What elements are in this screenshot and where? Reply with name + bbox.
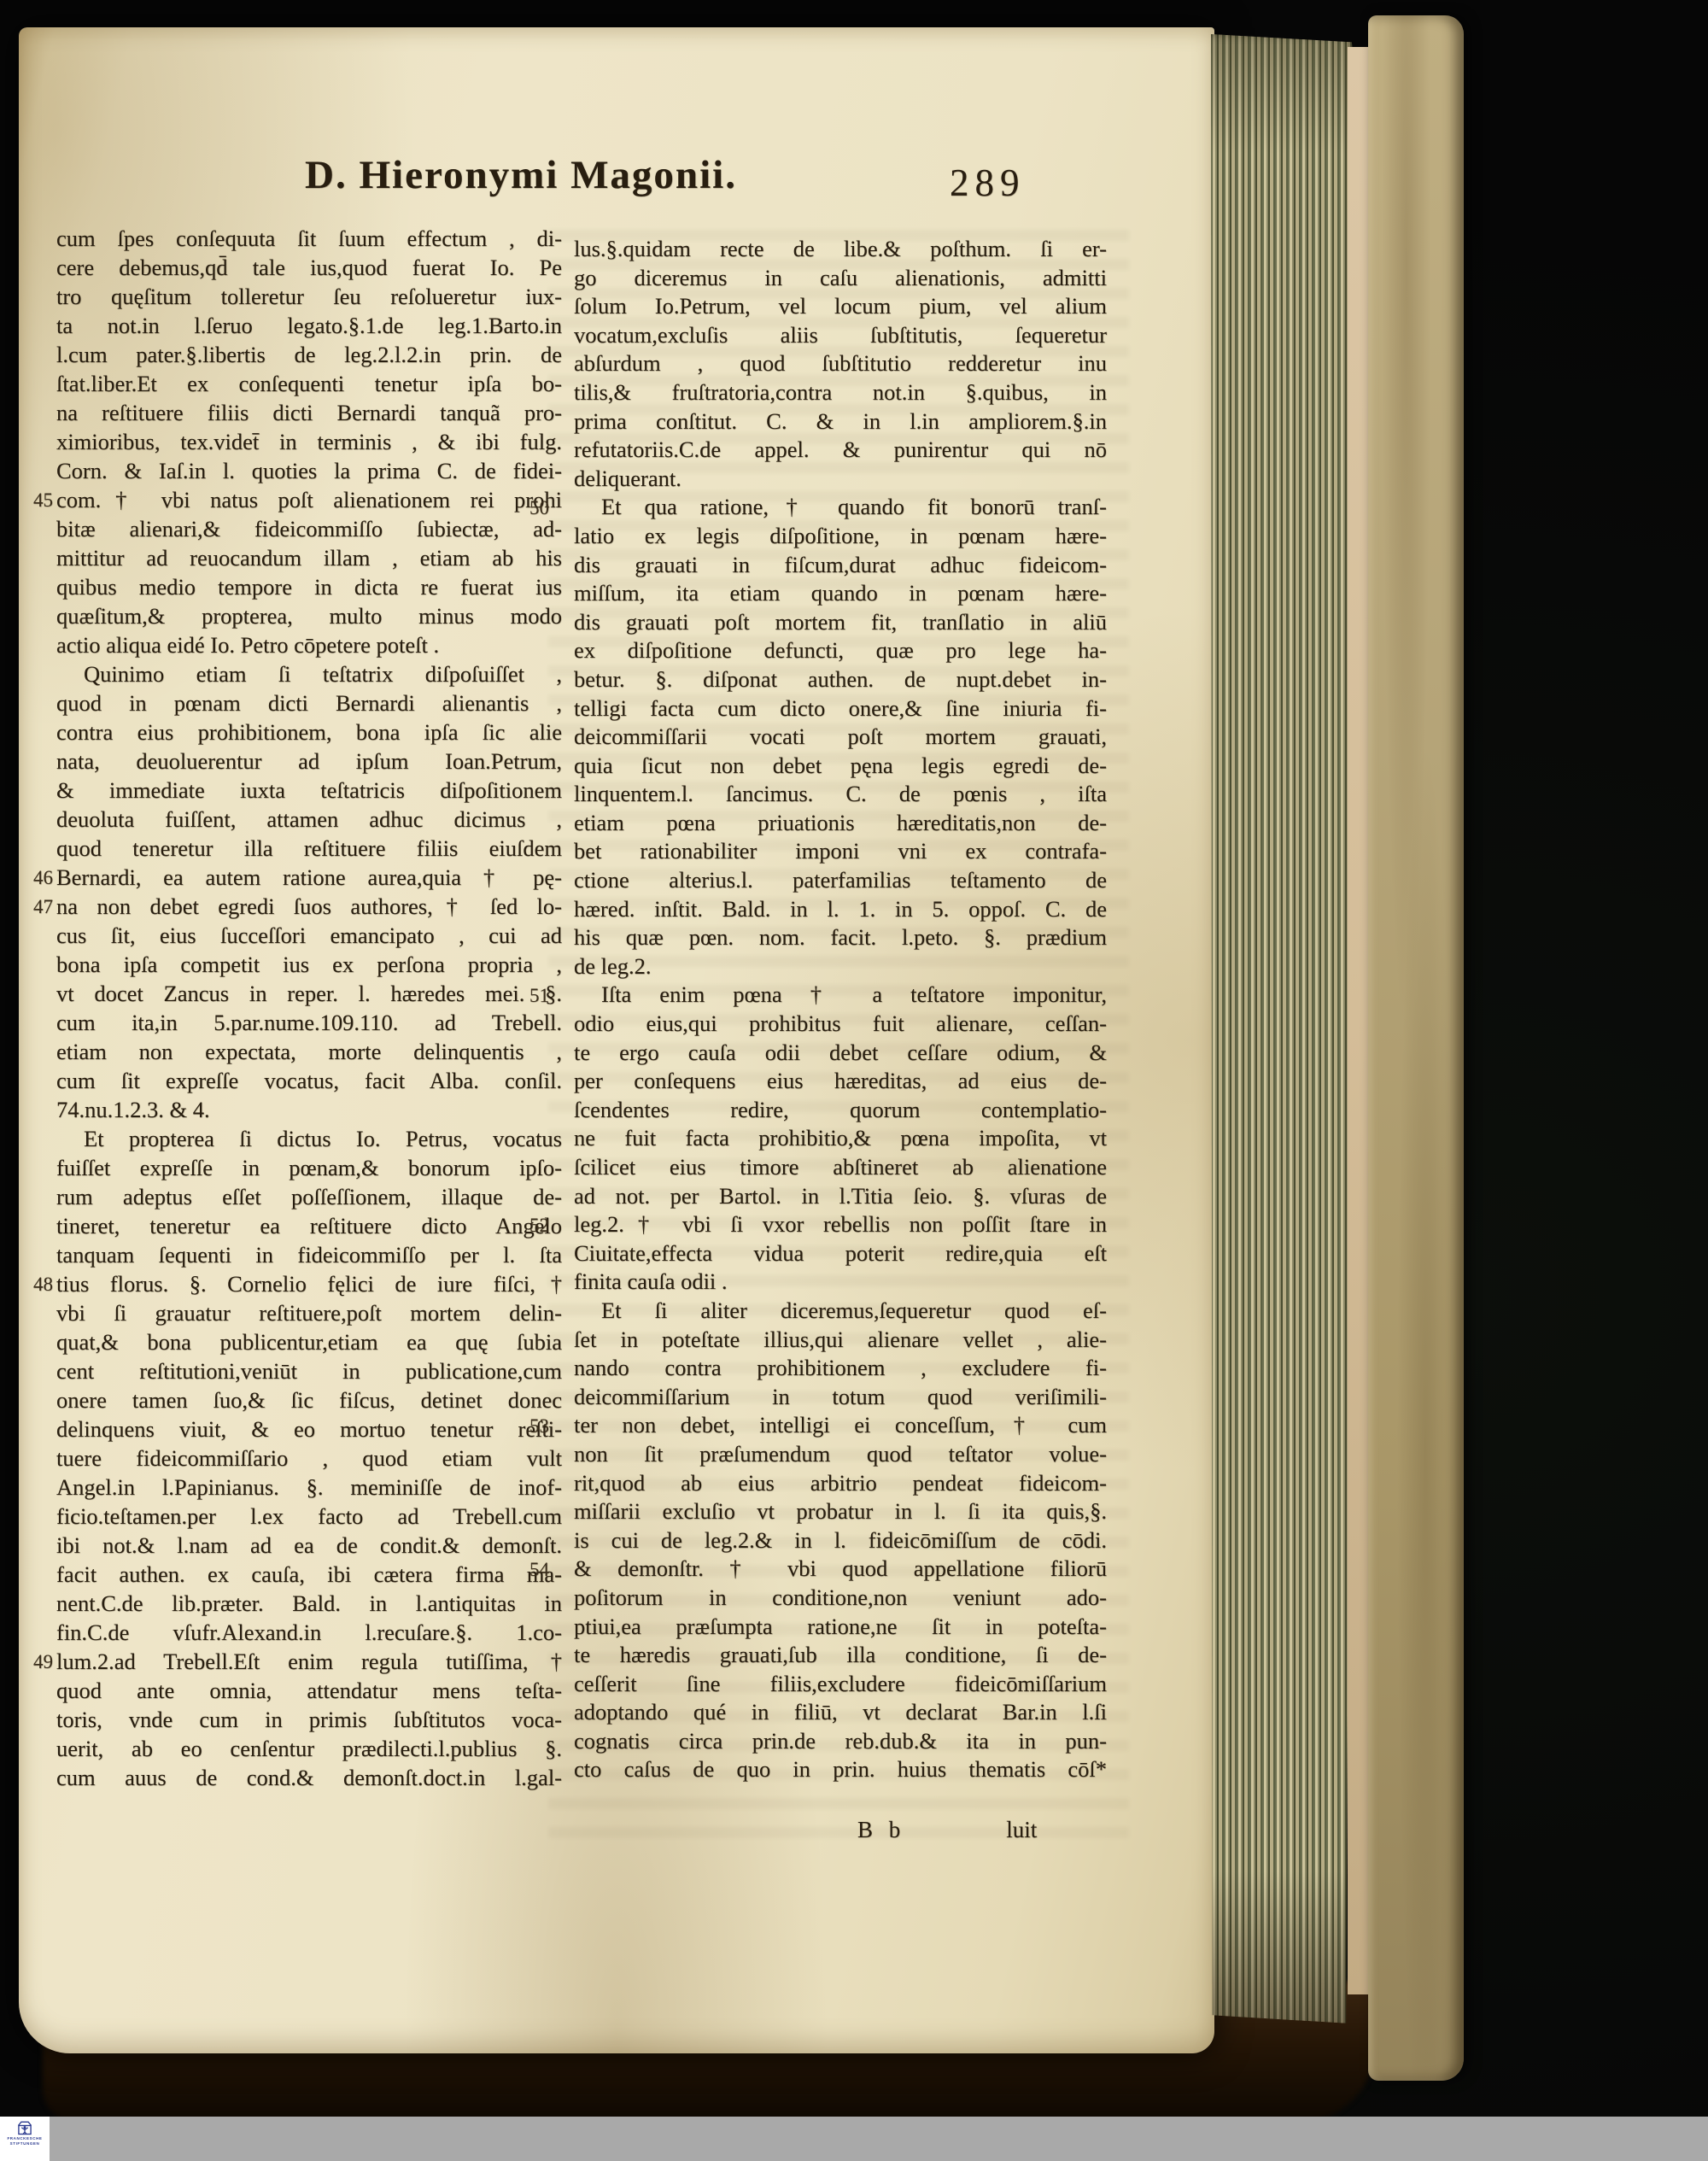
- text-line: ſcendentes redire, quorum contemplatio-: [574, 1096, 1107, 1125]
- catchword: luit: [1006, 1817, 1037, 1842]
- text-line: betur. §. diſponat authen. de nupt.debet…: [574, 665, 1107, 694]
- franckesche-stiftungen-logo-icon: [16, 2119, 33, 2136]
- text-line: Quinimo etiam ſi teſtatrix diſpoſuiſſet …: [56, 659, 562, 688]
- text-line: quæſitum,& propterea, multo minus modo: [56, 601, 562, 630]
- parchment-cover: [1368, 15, 1464, 2081]
- text-line: poſitorum in conditione,non veniunt ado-: [574, 1584, 1107, 1613]
- margin-paragraph-number: 54: [529, 1555, 549, 1584]
- text-line: cere debemus,qd̄ tale ius,quod fuerat Io…: [56, 253, 562, 282]
- text-line: quod ante omnia, attendatur mens teſta-: [56, 1676, 562, 1705]
- margin-paragraph-number: 51: [529, 981, 549, 1010]
- text-line: 50Et qua ratione,† quando fit bonorū tra…: [574, 493, 1107, 522]
- text-line: 49lum.2.ad Trebell.Eſt enim regula tutiſ…: [56, 1647, 562, 1676]
- text-column-left: cum ſpes conſequuta ſit ſuum effectum , …: [56, 224, 562, 1792]
- text-line: deliquerant.: [574, 465, 1107, 494]
- running-header: D. Hieronymi Magonii.: [260, 152, 782, 198]
- book-page: D. Hieronymi Magonii. 289 cum ſpes conſe…: [19, 27, 1214, 2053]
- text-line: Angel.in l.Papinianus. §. meminiſſe de i…: [56, 1473, 562, 1502]
- text-line: mittitur ad reuocandum illam , etiam ab …: [56, 543, 562, 572]
- text-line: adoptando qué in filiū, vt declarat Bar.…: [574, 1698, 1107, 1727]
- text-line: vt docet Zancus in reper. l. hæredes mei…: [56, 979, 562, 1008]
- text-line: cto caſus de quo in prin. huius thematis…: [574, 1755, 1107, 1784]
- text-line: facit authen. ex cauſa, ibi cætera firma…: [56, 1560, 562, 1589]
- text-line: cum ita,in 5.par.nume.109.110. ad Trebel…: [56, 1008, 562, 1037]
- text-line: Et propterea ſi dictus Io. Petrus, vocat…: [56, 1124, 562, 1153]
- text-line: etiam non expectata, morte delinquentis …: [56, 1037, 562, 1066]
- text-line: lus.§.quidam recte de libe.& poſthum. ſi…: [574, 235, 1107, 264]
- text-line: nent.C.de lib.præter. Bald. in l.antiqui…: [56, 1589, 562, 1618]
- library-stamp: FRANCKESCHE STIFTUNGEN: [0, 2117, 50, 2161]
- text-line: ibi not.& l.nam ad ea de condit.& demonſ…: [56, 1531, 562, 1560]
- text-line: bona ipſa competit ius ex perſona propri…: [56, 950, 562, 979]
- text-line: dis grauati in fiſcum,durat adhuc fideic…: [574, 551, 1107, 580]
- text-line: fin.C.de vſufr.Alexand.in l.recuſare.§. …: [56, 1618, 562, 1647]
- margin-paragraph-number: 50: [529, 494, 549, 523]
- text-line: miſſarii excluſio vt probatur in l. ſi i…: [574, 1497, 1107, 1526]
- text-line: tineret, teneretur ea reſtituere dicto A…: [56, 1211, 562, 1240]
- text-line: 53ter non debet, intelligi ei conceſſum,…: [574, 1411, 1107, 1440]
- text-line: is cui de leg.2.& in l. fideicōmiſſum de…: [574, 1526, 1107, 1555]
- text-line: nando contra prohibitionem , excludere f…: [574, 1354, 1107, 1383]
- text-line: quat,& bona publicentur,etiam ea quę ſub…: [56, 1327, 562, 1356]
- text-line: ex diſpoſitione defuncti, quæ pro lege h…: [574, 636, 1107, 665]
- text-line: te ergo cauſa odii debet ceſſare odium, …: [574, 1039, 1107, 1068]
- page-number: 289: [950, 161, 1026, 205]
- margin-paragraph-number: 48: [33, 1270, 53, 1299]
- margin-paragraph-number: 53: [529, 1412, 549, 1441]
- text-line: delinquens viuit, & eo mortuo tenetur re…: [56, 1414, 562, 1444]
- text-line: latio ex legis diſpoſitione, in pœnam hæ…: [574, 522, 1107, 551]
- text-line: quia ſicut non debet pęna legis egredi d…: [574, 752, 1107, 781]
- margin-paragraph-number: 47: [33, 893, 53, 922]
- text-line: te hæredis grauati,ſub illa conditione, …: [574, 1641, 1107, 1670]
- text-line: ſtat.liber.Et ex conſequenti tenetur ipſ…: [56, 369, 562, 398]
- text-line: vbi ſi grauatur reſtituere,poſt mortem d…: [56, 1298, 562, 1327]
- text-line: quibus medio tempore in dicta re fuerat …: [56, 572, 562, 601]
- text-line: abſurdum , quod ſubſtitutio redderetur i…: [574, 349, 1107, 378]
- text-line: contra eius prohibitionem, bona ipſa ſic…: [56, 717, 562, 747]
- scanner-bar: [0, 2117, 1708, 2161]
- text-line: ſet in poteſtate illius,qui alienare vel…: [574, 1326, 1107, 1355]
- text-line: ximioribus, tex.videt̄ in terminis , & i…: [56, 427, 562, 456]
- text-line: ne fuit facta prohibitio,& pœna impoſita…: [574, 1124, 1107, 1153]
- text-column-right: lus.§.quidam recte de libe.& poſthum. ſi…: [574, 235, 1107, 1784]
- text-line: miſſum, ita etiam quando in pœnam hære-: [574, 579, 1107, 608]
- text-line: cum ſit expreſſe vocatus, facit Alba. co…: [56, 1066, 562, 1095]
- text-line: Corn. & Iaſ.in l. quoties la prima C. de…: [56, 456, 562, 485]
- text-line: dis grauati poſt mortem fit, tranſlatio …: [574, 608, 1107, 637]
- text-line: bitæ alienari,& fideicommiſſo ſubiectæ, …: [56, 514, 562, 543]
- text-line: 74.nu.1.2.3. & 4.: [56, 1095, 562, 1124]
- text-line: 48tius florus. §. Cornelio fęlici de iur…: [56, 1269, 562, 1298]
- signature-mark: B b: [857, 1817, 905, 1842]
- text-line: na reſtituere filiis dicti Bernardi tanq…: [56, 398, 562, 427]
- text-line: go diceremus in caſu alienationis, admit…: [574, 264, 1107, 293]
- text-line: Et ſi aliter diceremus,ſequeretur quod e…: [574, 1297, 1107, 1326]
- text-line: 46Bernardi, ea autem ratione aurea,quia …: [56, 863, 562, 892]
- margin-paragraph-number: 46: [33, 864, 53, 893]
- text-line: 45com.† vbi natus poſt alienationem rei …: [56, 485, 562, 514]
- text-line: non ſit præſumendum quod teſtator volue-: [574, 1440, 1107, 1469]
- text-line: cum ſpes conſequuta ſit ſuum effectum , …: [56, 224, 562, 253]
- text-line: vocatum,excluſis aliis ſubſtitutis, ſequ…: [574, 321, 1107, 350]
- text-line: ptiui,ea præſumpta ratione,ne ſit in pot…: [574, 1613, 1107, 1642]
- text-line: cus ſit, eius ſucceſſori emancipato , cu…: [56, 921, 562, 950]
- text-line: odio eius,qui prohibitus fuit alienare, …: [574, 1010, 1107, 1039]
- text-line: fuiſſet expreſſe in pœnam,& bonorum ipſo…: [56, 1153, 562, 1182]
- text-line: rum adeptus eſſet poſſeſſionem, illaque …: [56, 1182, 562, 1211]
- text-line: actio aliqua eidé Io. Petro cōpetere pot…: [56, 630, 562, 659]
- text-line: ceſſerit ſine filiis,excludere fideicōmi…: [574, 1670, 1107, 1699]
- text-line: l.cum pater.§.libertis de leg.2.l.2.in p…: [56, 340, 562, 369]
- text-line: cent reſtitutioni,veniūt in publicatione…: [56, 1356, 562, 1385]
- text-line: ſolum Io.Petrum, vel locum pium, vel ali…: [574, 292, 1107, 321]
- text-line: Ciuitate,effecta vidua poterit redire,qu…: [574, 1239, 1107, 1268]
- text-line: 51Iſta enim pœna † a teſtatore imponitur…: [574, 981, 1107, 1010]
- text-line: ficio.teſtamen.per l.ex facto ad Trebell…: [56, 1502, 562, 1531]
- text-line: 47na non debet egredi ſuos authores,† ſe…: [56, 892, 562, 921]
- stamp-text-line2: STIFTUNGEN: [10, 2141, 40, 2146]
- text-line: ctione alterius.l. paterfamilias teſtame…: [574, 866, 1107, 895]
- text-line: cum auus de cond.& demonſt.doct.in l.gal…: [56, 1763, 562, 1792]
- text-line: ſcilicet eius timore abſtineret ab alien…: [574, 1153, 1107, 1182]
- text-line: tro quęſitum tolleretur ſeu reſolueretur…: [56, 282, 562, 311]
- text-line: onere tamen ſuo,& ſic fiſcus, detinet do…: [56, 1385, 562, 1414]
- text-line: deicommiſſarii vocati poſt mortem grauat…: [574, 723, 1107, 752]
- text-line: tanquam ſequenti in fideicommiſſo per l.…: [56, 1240, 562, 1269]
- signature-line: B bluit: [574, 1813, 1107, 1847]
- text-line: 52leg.2.† vbi ſi vxor rebellis non poſſi…: [574, 1210, 1107, 1239]
- text-line: per conſequens eius hæreditas, ad eius d…: [574, 1067, 1107, 1096]
- text-line: prima conſtitut. C. & in l.in ampliorem.…: [574, 407, 1107, 436]
- text-line: telligi facta cum dicto onere,& ſine ini…: [574, 694, 1107, 723]
- text-line: cognatis circa prin.de reb.dub.& ita in …: [574, 1727, 1107, 1756]
- text-line: rit,quod ab eius arbitrio pendeat fideic…: [574, 1469, 1107, 1498]
- text-line: tilis,& fruſtratoria,contra not.in §.qui…: [574, 378, 1107, 407]
- margin-paragraph-number: 52: [529, 1211, 549, 1240]
- text-line: finita cauſa odii .: [574, 1268, 1107, 1297]
- margin-paragraph-number: 49: [33, 1648, 53, 1677]
- text-line: bet rationabiliter imponi vni ex contraf…: [574, 837, 1107, 866]
- text-line: de leg.2.: [574, 952, 1107, 981]
- book-fore-edge-pages: [1211, 34, 1356, 2031]
- text-line: etiam pœna priuationis hæreditatis,non d…: [574, 809, 1107, 838]
- text-line: hæred. inſtit. Bald. in l. 1. in 5. oppo…: [574, 895, 1107, 924]
- text-line: & immediate iuxta teſtatricis diſpoſitio…: [56, 776, 562, 805]
- text-line: deicommiſſarium in totum quod veriſimili…: [574, 1383, 1107, 1412]
- scanned-book-page-photo: D. Hieronymi Magonii. 289 cum ſpes conſe…: [0, 0, 1708, 2161]
- text-line: quod in pœnam dicti Bernardi alienantis …: [56, 688, 562, 717]
- text-line: nata, deuoluerentur ad ipſum Ioan.Petrum…: [56, 747, 562, 776]
- text-line: uerit, ab eo cenſentur prædilecti.l.publ…: [56, 1734, 562, 1763]
- text-line: ad not. per Bartol. in l.Titia ſeio. §. …: [574, 1182, 1107, 1211]
- text-line: linquentem.l. ſancimus. C. de pœnis , iſ…: [574, 780, 1107, 809]
- text-line: deuoluta fuiſſent, attamen adhuc dicimus…: [56, 805, 562, 834]
- text-line: tuere fideicommiſſario , quod etiam vult: [56, 1444, 562, 1473]
- text-line: 54& demonſtr. † vbi quod appellatione fi…: [574, 1555, 1107, 1584]
- text-line: quod teneretur illa reſtituere filiis ei…: [56, 834, 562, 863]
- text-line: ta not.in l.ſeruo legato.§.1.de leg.1.Ba…: [56, 311, 562, 340]
- text-line: his quæ pœn. nom. facit. l.peto. §. præd…: [574, 923, 1107, 952]
- margin-paragraph-number: 45: [33, 486, 53, 515]
- text-line: refutatoriis.C.de appel. & punirentur qu…: [574, 436, 1107, 465]
- text-line: toris, vnde cum in primis ſubſtitutos vo…: [56, 1705, 562, 1734]
